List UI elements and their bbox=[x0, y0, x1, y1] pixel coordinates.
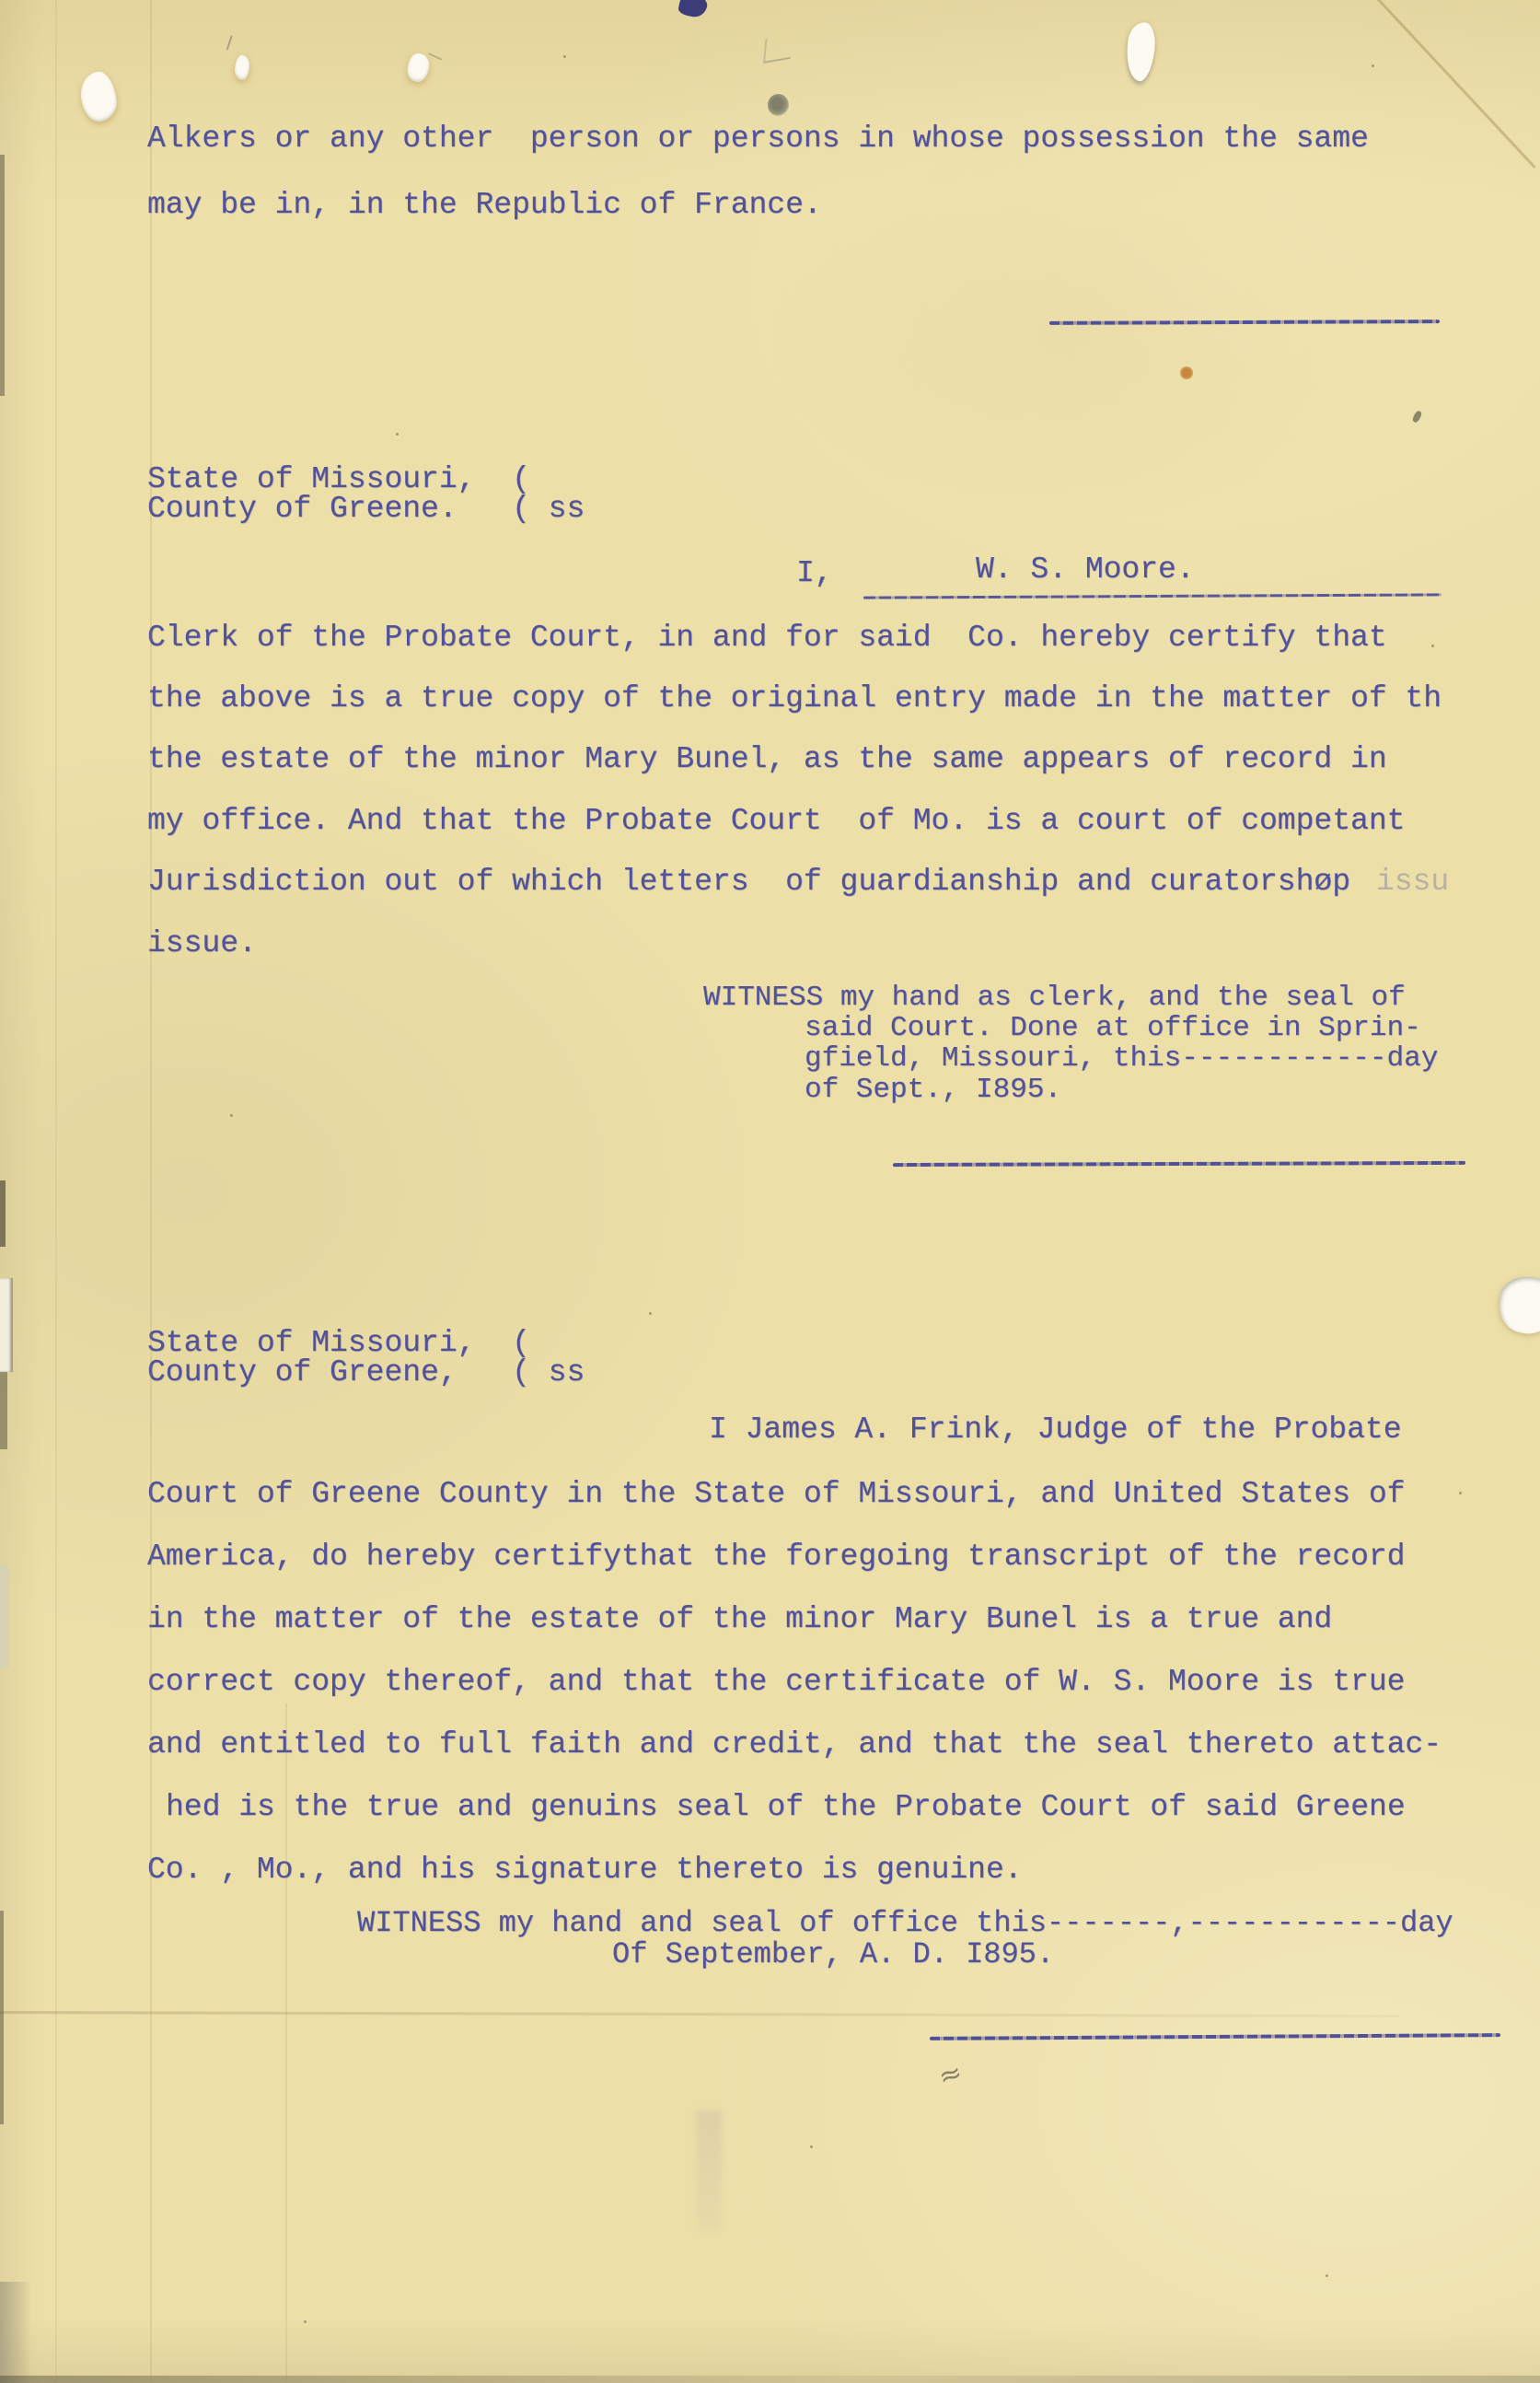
vertical-crease bbox=[150, 0, 152, 2383]
scan-edge-strip bbox=[0, 1911, 4, 2124]
judge-body-line: correct copy thereof, and that the certi… bbox=[147, 1667, 1405, 1697]
document-scan: Alkers or any other person or persons in… bbox=[0, 0, 1540, 2383]
scan-edge-strip bbox=[0, 1180, 6, 1247]
clerk-witness-line: of Sept., I895. bbox=[805, 1075, 1061, 1104]
faded-typo-fragment: issu bbox=[1376, 866, 1449, 897]
paper-speck bbox=[649, 1312, 652, 1315]
judge-body-line: America, do hereby certifythat the foreg… bbox=[147, 1541, 1405, 1572]
paper-speck bbox=[810, 2145, 813, 2148]
paper-speck bbox=[230, 1114, 233, 1117]
clerk-body-line: Jurisdiction out of which letters of gua… bbox=[147, 866, 1350, 897]
paper-tear-right-edge bbox=[1492, 1271, 1540, 1340]
signatory-underline bbox=[863, 593, 1442, 599]
rust-stain-dot bbox=[1180, 366, 1193, 379]
tiny-fiber-mark bbox=[1411, 410, 1422, 424]
faint-pencil-mark bbox=[763, 34, 793, 64]
paper-speck bbox=[1372, 64, 1374, 67]
clerk-body-line: issue. bbox=[147, 928, 257, 959]
paper-speck bbox=[304, 2320, 307, 2323]
clerk-body-line: the above is a true copy of the original… bbox=[147, 683, 1442, 714]
clerk-witness-line: gfield, Missouri, this------------day bbox=[805, 1044, 1438, 1073]
judge-body-line: in the matter of the estate of the minor… bbox=[147, 1604, 1332, 1634]
paper-tear-top-left bbox=[77, 70, 119, 124]
paper-tear-small bbox=[235, 55, 249, 80]
paper-speck bbox=[1459, 1492, 1462, 1494]
clerk-body-line: my office. And that the Probate Court of… bbox=[147, 806, 1405, 836]
gray-ink-dot bbox=[768, 94, 789, 116]
ink-blot-top-edge bbox=[677, 0, 709, 19]
clerk-body-line: Clerk of the Probate Court, in and for s… bbox=[147, 622, 1387, 653]
pencil-squiggle: ≈ bbox=[934, 2056, 967, 2094]
paper-speck bbox=[396, 433, 399, 436]
faint-ink-smudge bbox=[696, 2110, 722, 2232]
intro-line-1: Alkers or any other person or persons in… bbox=[147, 123, 1369, 154]
judge-witness-line-1: WITNESS my hand and seal of office this-… bbox=[357, 1909, 1453, 1938]
pencil-tick-mark bbox=[226, 36, 241, 53]
corner-fold-crease bbox=[1377, 0, 1536, 169]
paper-hole-top-right bbox=[1123, 20, 1158, 82]
paper-speck bbox=[1326, 2274, 1328, 2277]
judge-body-line: hed is the true and genuins seal of the … bbox=[166, 1792, 1406, 1822]
judge-venue-county: County of Greene, ( ss bbox=[147, 1357, 585, 1388]
clerk-lead-in: I, bbox=[796, 558, 833, 588]
horizontal-fold-crease bbox=[0, 2011, 1399, 2017]
judge-body-line: Co. , Mo., and his signature thereto is … bbox=[147, 1854, 1023, 1885]
vertical-crease bbox=[55, 0, 57, 2383]
paper-speck bbox=[563, 55, 566, 58]
judge-body-line: and entitled to full faith and credit, a… bbox=[147, 1729, 1442, 1760]
judge-venue-state: State of Missouri, ( bbox=[147, 1328, 530, 1358]
scan-edge-strip bbox=[0, 1372, 7, 1449]
clerk-witness-line: said Court. Done at office in Sprin- bbox=[805, 1014, 1421, 1042]
signature-rule-1 bbox=[1049, 320, 1440, 325]
scan-bottom-edge bbox=[0, 2376, 1540, 2383]
judge-witness-line-2: Of September, A. D. I895. bbox=[612, 1940, 1054, 1970]
paper-speck bbox=[1068, 138, 1071, 141]
scan-edge-strip bbox=[0, 155, 5, 396]
torn-left-edge bbox=[0, 1565, 9, 1668]
clerk-witness-line: WITNESS my hand as clerk, and the seal o… bbox=[703, 983, 1406, 1012]
signature-rule-2 bbox=[893, 1161, 1465, 1167]
scan-corner-shadow bbox=[0, 2282, 31, 2383]
judge-lead-line: I James A. Frink, Judge of the Probate bbox=[709, 1414, 1402, 1445]
clerk-body-line: the estate of the minor Mary Bunel, as t… bbox=[147, 744, 1387, 774]
intro-line-2: may be in, in the Republic of France. bbox=[147, 190, 822, 220]
judge-body-line: Court of Greene County in the State of M… bbox=[147, 1479, 1405, 1509]
clerk-signatory-name: W. S. Moore. bbox=[976, 554, 1195, 585]
signature-rule-3 bbox=[930, 2033, 1500, 2040]
vertical-crease bbox=[285, 1703, 287, 2383]
clerk-venue-county: County of Greene. ( ss bbox=[147, 494, 585, 524]
clerk-venue-state: State of Missouri, ( bbox=[147, 464, 530, 494]
paper-speck bbox=[1431, 645, 1434, 647]
torn-left-edge bbox=[0, 1278, 13, 1372]
